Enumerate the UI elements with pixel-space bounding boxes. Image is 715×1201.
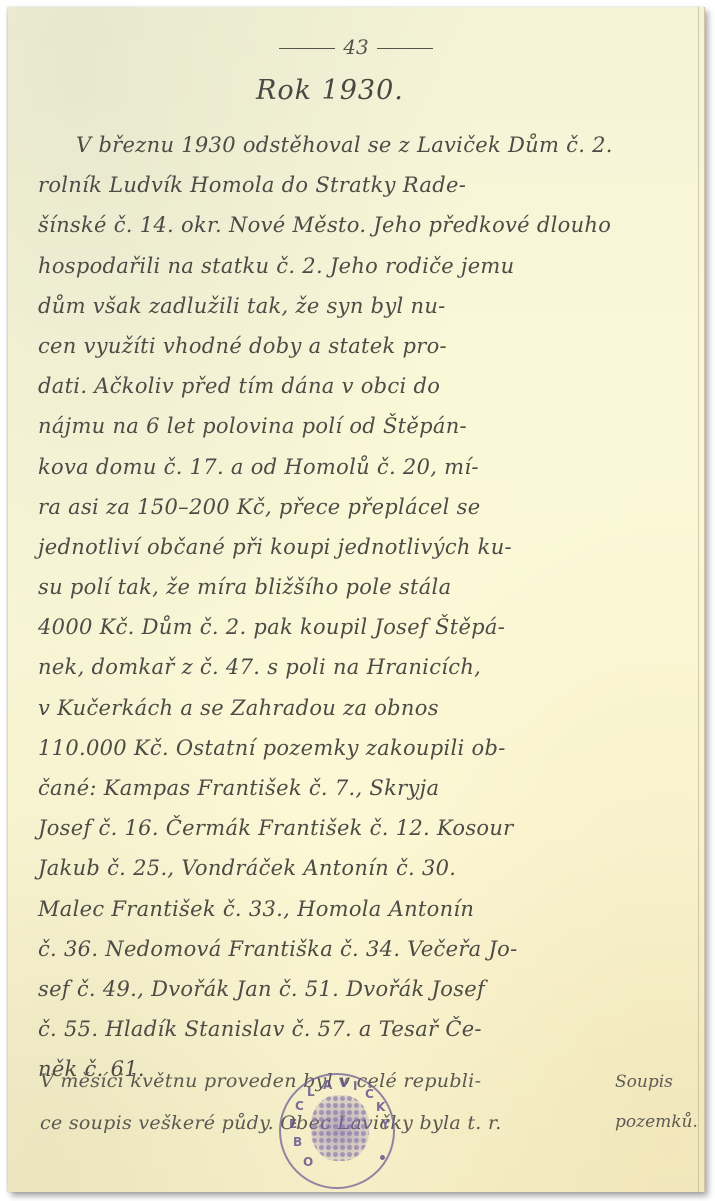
stamp-letter: I (353, 1079, 357, 1093)
municipal-stamp: O B E C L A V I Č K Y (279, 1073, 395, 1189)
stamp-letter: O (303, 1155, 313, 1169)
text-line: rolník Ludvík Homola do Stratky Rade- (38, 165, 598, 205)
stamp-letter: K (376, 1100, 385, 1114)
text-line: 110.000 Kč. Ostatní pozemky zakoupili ob… (38, 728, 598, 768)
text-line: sef č. 49., Dvořák Jan č. 51. Dvořák Jos… (38, 969, 598, 1009)
text-line: Josef č. 16. Čermák František č. 12. Kos… (38, 808, 598, 848)
text-line: v Kučerkách a se Zahradou za obnos (38, 688, 598, 728)
text-line: kova domu č. 17. a od Homolů č. 20, mí- (38, 447, 598, 487)
text-line: č. 36. Nedomová Františka č. 34. Večeřa … (38, 929, 598, 969)
margin-note-line: Soupis (615, 1062, 698, 1102)
stamp-emblem-icon (311, 1095, 369, 1161)
stamp-letter: V (339, 1076, 348, 1090)
stamp-letter: C (295, 1099, 304, 1113)
margin-note: Soupis pozemků. (615, 1062, 698, 1142)
text-line: č. 55. Hladík Stanislav č. 57. a Tesař Č… (38, 1009, 598, 1049)
page-number-left-rule (279, 48, 335, 49)
text-line: V březnu 1930 odstěhoval se z Laviček Dů… (38, 125, 598, 165)
margin-note-line: pozemků. (615, 1102, 698, 1142)
text-line: hospodařili na statku č. 2. Jeho rodiče … (38, 246, 598, 286)
text-line: jednotliví občané při koupi jednotlivých… (38, 527, 598, 567)
stamp-letter: E (289, 1117, 297, 1131)
section-heading: Rok 1930. (256, 75, 404, 106)
text-line: ra asi za 150–200 Kč, přece přeplácel se (38, 487, 598, 527)
text-line: Malec František č. 33., Homola Antonín (38, 889, 598, 929)
text-line: nájmu na 6 let polovina polí od Štěpán- (38, 406, 598, 446)
page-number-right-rule (377, 48, 433, 49)
text-line: čané: Kampas František č. 7., Skryja (38, 768, 598, 808)
stamp-letter: Y (381, 1117, 390, 1131)
page-number: 43 (8, 35, 704, 59)
text-line: Jakub č. 25., Vondráček Antonín č. 30. (38, 848, 598, 888)
text-line: cen využíti vhodné doby a statek pro- (38, 326, 598, 366)
text-line: dati. Ačkoliv před tím dána v obci do (38, 366, 598, 406)
page-edge-line (698, 7, 699, 1192)
page-number-text: 43 (343, 35, 368, 59)
stamp-letter: A (323, 1078, 332, 1092)
document-page: 43 Rok 1930. V březnu 1930 odstěhoval se… (8, 7, 705, 1192)
stamp-letter: B (293, 1135, 302, 1149)
stamp-dot-icon (380, 1155, 385, 1160)
text-line: šínské č. 14. okr. Nové Město. Jeho před… (38, 205, 598, 245)
text-line: 4000 Kč. Dům č. 2. pak koupil Josef Štěp… (38, 607, 598, 647)
text-line: su polí tak, že míra bližšího pole stála (38, 567, 598, 607)
text-line: dům však zadlužili tak, že syn byl nu- (38, 286, 598, 326)
text-line: nek, domkař z č. 47. s poli na Hranicích… (38, 647, 598, 687)
stamp-letter: Č (365, 1087, 374, 1101)
stamp-letter: L (307, 1085, 315, 1099)
handwritten-body: V březnu 1930 odstěhoval se z Laviček Dů… (38, 125, 598, 1090)
